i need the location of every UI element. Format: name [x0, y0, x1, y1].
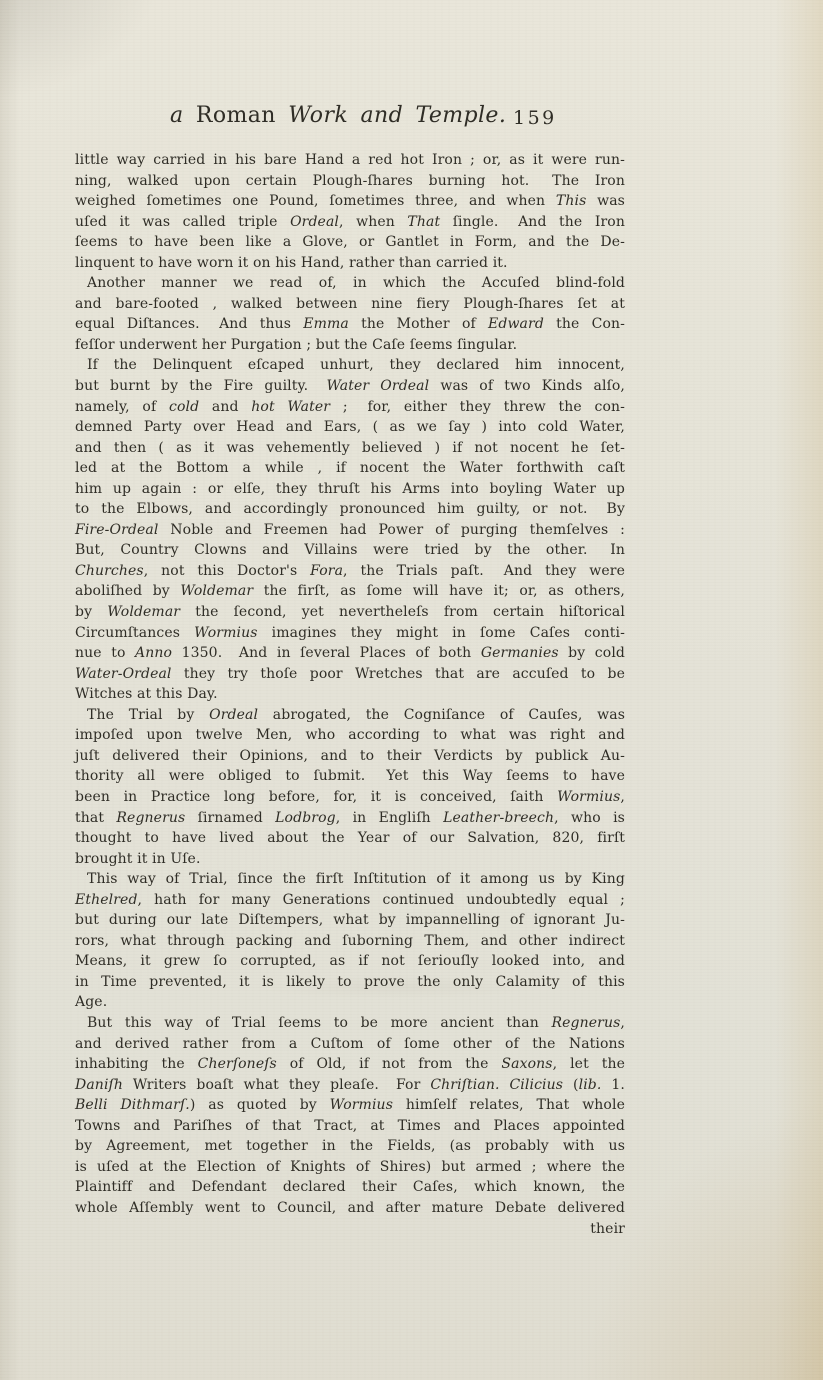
text-block: little way carried in his bare Hand a re…: [75, 150, 625, 1239]
text-segment: 1350. And in ſeveral Places of both: [172, 645, 481, 661]
text-line: inhabiting the Cherſoneſs of Old, if not…: [75, 1054, 625, 1075]
text-segment: ) as quoted by: [190, 1097, 330, 1113]
text-segment: 1.: [601, 1077, 625, 1093]
text-segment: feſſor underwent her Purgation ; but the…: [75, 337, 517, 353]
text-segment: was: [586, 193, 625, 209]
text-segment: abrogated, the Cogniſance of Cauſes, was: [258, 707, 625, 723]
text-line: impoſed upon twelve Men, who according t…: [75, 725, 625, 746]
text-segment: Leather-breech: [443, 810, 554, 826]
text-line: by Agreement, met together in the Fields…: [75, 1136, 625, 1157]
text-line: and bare-footed , walked between nine fi…: [75, 294, 625, 315]
text-segment: Plaintiff and Defendant declared their C…: [75, 1179, 625, 1195]
text-segment: Wormius: [194, 625, 257, 641]
text-segment: Circumſtances: [75, 625, 194, 641]
text-segment: hot Water: [251, 399, 330, 415]
text-line: The Trial by Ordeal abrogated, the Cogni…: [75, 705, 625, 726]
text-segment: was of two Kinds alſo,: [429, 378, 625, 394]
text-segment: (: [563, 1077, 579, 1093]
text-segment: , the Trials paſt. And they were: [343, 563, 625, 579]
text-segment: and: [199, 399, 251, 415]
text-segment: Ordeal: [290, 214, 339, 230]
text-line: demned Party over Head and Ears, ( as we…: [75, 417, 625, 438]
text-line: Water-Ordeal they try thoſe poor Wretche…: [75, 664, 625, 685]
text-segment: nue to: [75, 645, 135, 661]
text-segment: little way carried in his bare Hand a re…: [75, 152, 625, 168]
text-segment: imagines they might in ſome Caſes conti-: [258, 625, 625, 641]
text-segment: the ſecond, yet nevertheleſs from certai…: [180, 604, 625, 620]
text-segment: Wormius: [330, 1097, 393, 1113]
text-line: aboliſhed by Woldemar the firſt, as ſome…: [75, 581, 625, 602]
text-segment: Wormius: [557, 789, 620, 805]
text-segment: This way of Trial, ſince the firſt Inſti…: [87, 871, 625, 887]
text-segment: lib.: [579, 1077, 602, 1093]
text-segment: If the Delinquent eſcaped unhurt, they d…: [87, 357, 625, 373]
text-segment: Saxons: [501, 1056, 552, 1072]
text-line: little way carried in his bare Hand a re…: [75, 150, 625, 171]
text-segment: , not this Doctor's: [144, 563, 310, 579]
text-segment: himſelf relates, That whole: [393, 1097, 625, 1113]
text-line: ning, walked upon certain Plough-ſhares …: [75, 171, 625, 192]
text-line: in Time prevented, it is likely to prove…: [75, 972, 625, 993]
text-segment: the Mother of: [349, 316, 488, 332]
text-segment: , who is: [554, 810, 625, 826]
text-segment: equal Diſtances. And thus: [75, 316, 303, 332]
text-segment: Witches at this Day.: [75, 686, 218, 702]
running-title-italic: Work and Temple.: [288, 103, 506, 128]
text-segment: thought to have lived about the Year of …: [75, 830, 625, 846]
text-line: Ethelred, hath for many Generations cont…: [75, 890, 625, 911]
text-segment: and bare-footed , walked between nine fi…: [75, 296, 625, 312]
running-title-roman: Roman: [196, 103, 288, 128]
text-line: namely, of cold and hot Water ; for, eit…: [75, 397, 625, 418]
text-segment: Lodbrog: [275, 810, 336, 826]
text-segment: rors, what through packing and ſuborning…: [75, 933, 625, 949]
text-line: is uſed at the Election of Knights of Sh…: [75, 1157, 625, 1178]
text-segment: Woldemar: [180, 583, 253, 599]
text-segment: Towns and Pariſhes of that Tract, at Tim…: [75, 1118, 625, 1134]
text-segment: but during our late Diſtempers, what by …: [75, 912, 625, 928]
text-segment: to the Elbows, and accordingly pronounce…: [75, 501, 625, 517]
text-line: Age.: [75, 992, 625, 1013]
text-segment: This: [556, 193, 587, 209]
text-segment: but burnt by the Fire guilty.: [75, 378, 326, 394]
text-line: But this way of Trial ſeems to be more a…: [75, 1013, 625, 1034]
text-line: and derived rather from a Cuſtom of ſome…: [75, 1034, 625, 1055]
text-line: Towns and Pariſhes of that Tract, at Tim…: [75, 1116, 625, 1137]
text-segment: Regnerus: [551, 1015, 620, 1031]
text-segment: Noble and Freemen had Power of purging t…: [158, 522, 625, 538]
running-title-prefix: a: [170, 103, 196, 128]
text-segment: , let the: [553, 1056, 625, 1072]
text-segment: ,: [620, 1015, 625, 1031]
text-segment: But, Country Clowns and Villains were tr…: [75, 542, 625, 558]
text-segment: Churches: [75, 563, 144, 579]
text-segment: their: [590, 1221, 625, 1237]
text-segment: Means, it grew ſo corrupted, as if not ſ…: [75, 953, 625, 969]
text-segment: , when: [339, 214, 407, 230]
text-line: linquent to have worn it on his Hand, ra…: [75, 253, 625, 274]
text-segment: juſt delivered their Opinions, and to th…: [75, 748, 625, 764]
text-line: juſt delivered their Opinions, and to th…: [75, 746, 625, 767]
text-segment: and then ( as it was vehemently believed…: [75, 440, 625, 456]
text-segment: is uſed at the Election of Knights of Sh…: [75, 1159, 625, 1175]
text-segment: cold: [169, 399, 199, 415]
text-segment: linquent to have worn it on his Hand, ra…: [75, 255, 508, 271]
text-segment: But this way of Trial ſeems to be more a…: [87, 1015, 551, 1031]
text-segment: Another manner we read of, in which the …: [87, 275, 625, 291]
text-segment: ſeems to have been like a Glove, or Gant…: [75, 234, 625, 250]
text-line: brought it in Uſe.: [75, 849, 625, 870]
text-segment: impoſed upon twelve Men, who according t…: [75, 727, 625, 743]
text-segment: That: [407, 214, 440, 230]
text-segment: Edward: [488, 316, 544, 332]
text-segment: Emma: [303, 316, 349, 332]
text-segment: Germanies: [481, 645, 559, 661]
text-line: equal Diſtances. And thus Emma the Mothe…: [75, 314, 625, 335]
text-line: weighed ſometimes one Pound, ſometimes t…: [75, 191, 625, 212]
text-segment: Fora: [310, 563, 343, 579]
text-segment: Water Ordeal: [326, 378, 429, 394]
text-line: Plaintiff and Defendant declared their C…: [75, 1177, 625, 1198]
text-line: But, Country Clowns and Villains were tr…: [75, 540, 625, 561]
text-line: If the Delinquent eſcaped unhurt, they d…: [75, 355, 625, 376]
book-page: a Roman Work and Temple. 159 little way …: [0, 0, 823, 1380]
text-segment: Ordeal: [209, 707, 258, 723]
text-segment: ,: [620, 789, 625, 805]
text-line: ſeems to have been like a Glove, or Gant…: [75, 232, 625, 253]
text-segment: Chriſtian. Cilicius: [430, 1077, 563, 1093]
catchword: their: [75, 1219, 625, 1240]
text-line: by Woldemar the ſecond, yet nevertheleſs…: [75, 602, 625, 623]
text-segment: weighed ſometimes one Pound, ſometimes t…: [75, 193, 556, 209]
text-segment: Water-Ordeal: [75, 666, 172, 682]
text-segment: ning, walked upon certain Plough-ſhares …: [75, 173, 625, 189]
text-line: Another manner we read of, in which the …: [75, 273, 625, 294]
text-line: but burnt by the Fire guilty. Water Orde…: [75, 376, 625, 397]
text-segment: uſed it was called triple: [75, 214, 290, 230]
text-segment: been in Practice long before, for, it is…: [75, 789, 557, 805]
text-line: This way of Trial, ſince the firſt Inſti…: [75, 869, 625, 890]
text-segment: Anno: [135, 645, 172, 661]
text-line: but during our late Diſtempers, what by …: [75, 910, 625, 931]
text-line: Daniſh Writers boaſt what they pleaſe. F…: [75, 1075, 625, 1096]
text-segment: , in Engliſh: [336, 810, 443, 826]
text-segment: by: [75, 604, 107, 620]
text-line: thority all were obliged to ſubmit. Yet …: [75, 766, 625, 787]
text-segment: in Time prevented, it is likely to prove…: [75, 974, 625, 990]
text-line: thought to have lived about the Year of …: [75, 828, 625, 849]
text-line: been in Practice long before, for, it is…: [75, 787, 625, 808]
text-line: and then ( as it was vehemently believed…: [75, 438, 625, 459]
text-segment: thority all were obliged to ſubmit. Yet …: [75, 768, 625, 784]
text-segment: Belli Dithmarſ.: [75, 1097, 190, 1113]
text-segment: whole Aſſembly went to Council, and afte…: [75, 1200, 625, 1216]
text-segment: brought it in Uſe.: [75, 851, 201, 867]
text-segment: the firſt, as ſome will have it; or, as …: [253, 583, 625, 599]
text-segment: ſingle. And the Iron: [440, 214, 625, 230]
text-segment: that: [75, 810, 116, 826]
running-title: a Roman Work and Temple.: [170, 103, 506, 128]
text-line: Witches at this Day.: [75, 684, 625, 705]
text-segment: Daniſh: [75, 1077, 123, 1093]
text-line: Means, it grew ſo corrupted, as if not ſ…: [75, 951, 625, 972]
text-line: rors, what through packing and ſuborning…: [75, 931, 625, 952]
text-segment: demned Party over Head and Ears, ( as we…: [75, 419, 625, 435]
text-line: to the Elbows, and accordingly pronounce…: [75, 499, 625, 520]
page-number: 159: [513, 107, 557, 129]
text-line: Circumſtances Wormius imagines they migh…: [75, 623, 625, 644]
text-segment: led at the Bottom a while , if nocent th…: [75, 460, 625, 476]
text-segment: Ethelred: [75, 892, 138, 908]
text-segment: inhabiting the: [75, 1056, 198, 1072]
text-segment: , hath for many Generations continued un…: [138, 892, 625, 908]
text-segment: Fire-Ordeal: [75, 522, 158, 538]
text-segment: by cold: [559, 645, 625, 661]
text-line: him up again : or elſe, they thruſt his …: [75, 479, 625, 500]
text-segment: him up again : or elſe, they thruſt his …: [75, 481, 625, 497]
text-segment: they try thoſe poor Wretches that are ac…: [172, 666, 625, 682]
text-line: feſſor underwent her Purgation ; but the…: [75, 335, 625, 356]
text-segment: Cherſoneſs: [198, 1056, 277, 1072]
text-line: Belli Dithmarſ.) as quoted by Wormius hi…: [75, 1095, 625, 1116]
text-segment: and derived rather from a Cuſtom of ſome…: [75, 1036, 625, 1052]
text-segment: ; for, either they threw the con-: [330, 399, 625, 415]
text-line: uſed it was called triple Ordeal, when T…: [75, 212, 625, 233]
text-segment: Age.: [75, 994, 107, 1010]
text-segment: Writers boaſt what they pleaſe. For: [123, 1077, 430, 1093]
text-segment: The Trial by: [87, 707, 209, 723]
text-segment: ſirnamed: [185, 810, 275, 826]
text-segment: of Old, if not from the: [277, 1056, 502, 1072]
text-line: whole Aſſembly went to Council, and afte…: [75, 1198, 625, 1219]
text-segment: the Con-: [544, 316, 625, 332]
text-line: Fire-Ordeal Noble and Freemen had Power …: [75, 520, 625, 541]
text-line: Churches, not this Doctor's Fora, the Tr…: [75, 561, 625, 582]
text-line: that Regnerus ſirnamed Lodbrog, in Engli…: [75, 808, 625, 829]
text-segment: by Agreement, met together in the Fields…: [75, 1138, 625, 1154]
text-segment: namely, of: [75, 399, 169, 415]
text-segment: aboliſhed by: [75, 583, 180, 599]
text-segment: Woldemar: [107, 604, 180, 620]
text-line: nue to Anno 1350. And in ſeveral Places …: [75, 643, 625, 664]
text-line: led at the Bottom a while , if nocent th…: [75, 458, 625, 479]
text-segment: Regnerus: [116, 810, 185, 826]
